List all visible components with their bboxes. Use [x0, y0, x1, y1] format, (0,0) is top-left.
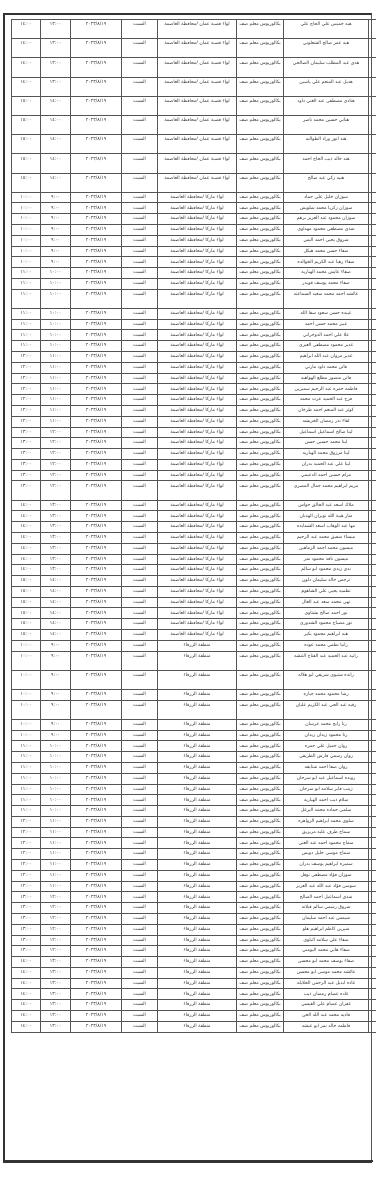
specialization-cell: بكالوريوس معلم صف — [237, 135, 284, 154]
time-from-cell: ١٢:٠٠ — [41, 924, 71, 935]
table-row: ٨٤١سوزان زكريا محمد شلويشبكالوريوس معلم … — [12, 203, 376, 214]
exam-date-cell: ٢٠٢٣/٨/١٩ — [71, 58, 122, 77]
time-from-cell: ١٢:٠٠ — [41, 427, 71, 438]
row-number-cell: ٨٦١ — [369, 427, 376, 438]
row-number-cell: ٨٦٨ — [369, 511, 376, 522]
table-row: ٨٣٥هنادي مصطفى عبد الغني داودبكالوريوس م… — [12, 96, 376, 115]
exam-date-cell: ٢٠٢٣/٨/١٩ — [71, 522, 122, 533]
exam-day-cell: السبت — [122, 670, 158, 689]
table-row: ٨٣٤هديل عبد المنعم علي ياسينبكالوريوس مع… — [12, 77, 376, 96]
time-to-cell: ١٤:٠٠ — [12, 565, 41, 576]
time-from-cell: ١٢:٠٠ — [41, 438, 71, 449]
exam-location-cell: منطقة الزرقاء — [158, 924, 237, 935]
exam-location-cell: لواء ماركا /محافظة العاصمة — [158, 268, 237, 279]
time-from-cell: ٩:٠٠ — [41, 719, 71, 730]
row-number-cell: ٨٦٣ — [369, 449, 376, 460]
time-to-cell: ١٤:٠٠ — [12, 543, 41, 554]
specialization-cell: بكالوريوس معلم صف — [237, 470, 284, 481]
table-row: ٨٦٢لينا محمد حسين حسنبكالوريوس معلم صفلو… — [12, 438, 376, 449]
specialization-cell: بكالوريوس معلم صف — [237, 289, 284, 308]
exam-day-cell: السبت — [122, 438, 158, 449]
row-number-cell: ٨٣٨ — [369, 154, 376, 173]
applicant-name-cell: مريم ابراهيم محمد جمال المصري — [284, 481, 369, 500]
exam-date-cell: ٢٠٢٣/٨/١٩ — [71, 470, 122, 481]
exam-location-cell: منطقة الزرقاء — [158, 795, 237, 806]
exam-day-cell: السبت — [122, 784, 158, 795]
time-from-cell: ٩:٠٠ — [41, 700, 71, 719]
exam-location-cell: منطقة الزرقاء — [158, 849, 237, 860]
time-to-cell: ١٥:٠٠ — [12, 135, 41, 154]
time-from-cell: ١٤:٠٠ — [41, 619, 71, 630]
time-to-cell: ١٢:٠٠ — [12, 395, 41, 406]
table-row: ٨٧١ميسون محمد احمد الزماهينبكالوريوس معل… — [12, 543, 376, 554]
specialization-cell: بكالوريوس معلم صف — [237, 405, 284, 416]
exam-date-cell: ٢٠٢٣/٨/١٩ — [71, 554, 122, 565]
exam-day-cell: السبت — [122, 225, 158, 236]
row-number-cell: ٨٣٥ — [369, 96, 376, 115]
specialization-cell: بكالوريوس معلم صف — [237, 278, 284, 289]
row-number-cell: ٨٩٢ — [369, 795, 376, 806]
exam-day-cell: السبت — [122, 308, 158, 319]
time-to-cell: ١٥:٠٠ — [12, 586, 41, 597]
time-from-cell: ٩:٠٠ — [41, 235, 71, 246]
specialization-cell: بكالوريوس معلم صف — [237, 892, 284, 903]
applicant-name-cell: ميسون محمد احمد الزماهين — [284, 543, 369, 554]
applicant-name-cell: صفاء حسن محمد هيكل — [284, 246, 369, 257]
table-row: ٨٥٧فاطمه حمزه عبد الرحيم سميرينبكالوريوس… — [12, 384, 376, 395]
row-number-cell: ٨٨٦ — [369, 730, 376, 741]
exam-date-cell: ٢٠٢٣/٨/١٩ — [71, 978, 122, 989]
exam-day-cell: السبت — [122, 373, 158, 384]
time-from-cell: ١١:٠٠ — [41, 352, 71, 363]
time-to-cell: ١٠:٠٠ — [12, 700, 41, 719]
time-from-cell: ١٢:٠٠ — [41, 459, 71, 470]
exam-date-cell: ٢٠٢٣/٨/١٩ — [71, 849, 122, 860]
time-to-cell: ١١:٠٠ — [12, 752, 41, 763]
row-number-cell: ٨٣١ — [369, 20, 376, 39]
applicant-name-cell: سميره ابراهيم يوسف بدران — [284, 860, 369, 871]
table-row: ٨٥٢علا علي احمد الدوخرانيبكالوريوس معلم … — [12, 330, 376, 341]
time-to-cell: ١٠:٠٠ — [12, 225, 41, 236]
exam-location-cell: منطقة الزرقاء — [158, 763, 237, 774]
time-to-cell: ١٤:٠٠ — [12, 1000, 41, 1011]
exam-date-cell: ٢٠٢٣/٨/١٩ — [71, 700, 122, 719]
specialization-cell: بكالوريوس معلم صف — [237, 511, 284, 522]
exam-day-cell: السبت — [122, 543, 158, 554]
row-number-cell: ٩٠٧ — [369, 957, 376, 968]
row-number-cell: ٨٧٧ — [369, 608, 376, 619]
specialization-cell: بكالوريوس معلم صف — [237, 924, 284, 935]
exam-location-cell: لواء ماركا /محافظة العاصمة — [158, 192, 237, 203]
row-number-cell: ٩٠٠ — [369, 881, 376, 892]
exam-day-cell: السبت — [122, 967, 158, 978]
exam-location-cell: لواء ماركا /محافظة العاصمة — [158, 449, 237, 460]
specialization-cell: بكالوريوس معلم صف — [237, 989, 284, 1000]
specialization-cell: بكالوريوس معلم صف — [237, 913, 284, 924]
exam-location-cell: لواء ماركا /محافظة العاصمة — [158, 352, 237, 363]
row-number-cell: ٩١٢ — [369, 1010, 376, 1021]
time-from-cell: ١٣:٠٠ — [41, 978, 71, 989]
exam-day-cell: السبت — [122, 719, 158, 730]
table-row: ٨٤٢سوزان محمود عبد العزيز برهمبكالوريوس … — [12, 214, 376, 225]
specialization-cell: بكالوريوس معلم صف — [237, 881, 284, 892]
exam-date-cell: ٢٠٢٣/٨/١٩ — [71, 1000, 122, 1011]
exam-location-cell: منطقة الزرقاء — [158, 903, 237, 914]
exam-location-cell: لواء قصبة عمان /محافظة العاصمة — [158, 77, 237, 96]
applicant-name-cell: سلوى محمد ابراهيم الزواهره — [284, 816, 369, 827]
specialization-cell: بكالوريوس معلم صف — [237, 203, 284, 214]
row-number-cell: ٨٥٧ — [369, 384, 376, 395]
table-row: ٨٩٨سميره ابراهيم يوسف بدرانبكالوريوس معل… — [12, 860, 376, 871]
exam-day-cell: السبت — [122, 427, 158, 438]
table-row: ٨٧٧نور احمد صالح بشتاويبكالوريوس معلم صف… — [12, 608, 376, 619]
time-to-cell: ١٠:٠٠ — [12, 235, 41, 246]
exam-day-cell: السبت — [122, 278, 158, 289]
time-to-cell: ١٤:٠٠ — [12, 58, 41, 77]
exam-day-cell: السبت — [122, 395, 158, 406]
exam-date-cell: ٢٠٢٣/٨/١٩ — [71, 586, 122, 597]
time-to-cell: ١١:٠٠ — [12, 741, 41, 752]
exam-day-cell: السبت — [122, 795, 158, 806]
specialization-cell: بكالوريوس معلم صف — [237, 268, 284, 279]
exam-day-cell: السبت — [122, 384, 158, 395]
time-from-cell: ١٤:٠٠ — [41, 629, 71, 640]
table-row: ٨٥٨فرح عبد الحميد عزت محمدبكالوريوس معلم… — [12, 395, 376, 406]
time-to-cell: ١٢:٠٠ — [12, 827, 41, 838]
specialization-cell: بكالوريوس معلم صف — [237, 978, 284, 989]
exam-day-cell: السبت — [122, 576, 158, 587]
specialization-cell: بكالوريوس معلم صف — [237, 115, 284, 134]
exam-day-cell: السبت — [122, 870, 158, 881]
exam-date-cell: ٢٠٢٣/٨/١٩ — [71, 806, 122, 817]
exam-date-cell: ٢٠٢٣/٨/١٩ — [71, 576, 122, 587]
applicant-name-cell: هند انور وراد الطوالبه — [284, 135, 369, 154]
time-from-cell: ١٣:٠٠ — [41, 522, 71, 533]
specialization-cell: بكالوريوس معلم صف — [237, 640, 284, 651]
time-from-cell: ١٤:٠٠ — [41, 135, 71, 154]
exam-date-cell: ٢٠٢٣/٨/١٩ — [71, 597, 122, 608]
exam-date-cell: ٢٠٢٣/٨/١٩ — [71, 135, 122, 154]
table-row: ٨٧٨نور مصباح محمود الشدوريبكالوريوس معلم… — [12, 619, 376, 630]
time-to-cell: ١١:٠٠ — [12, 330, 41, 341]
table-row: ٨٦٣لينا مرزوق محمد الهباربهبكالوريوس معل… — [12, 449, 376, 460]
time-from-cell: ١٣:٠٠ — [41, 967, 71, 978]
time-to-cell: ١٣:٠٠ — [12, 935, 41, 946]
time-from-cell: ١٣:٠٠ — [41, 532, 71, 543]
exam-location-cell: لواء ماركا /محافظة العاصمة — [158, 629, 237, 640]
exam-date-cell: ٢٠٢٣/٨/١٩ — [71, 730, 122, 741]
exam-date-cell: ٢٠٢٣/٨/١٩ — [71, 752, 122, 763]
applicant-name-cell: غدير محمود مصطفى الغيري — [284, 341, 369, 352]
applicant-name-cell: نرجس خالد سليمان دلون — [284, 576, 369, 587]
specialization-cell: بكالوريوس معلم صف — [237, 629, 284, 640]
exam-day-cell: السبت — [122, 752, 158, 763]
exam-location-cell: منطقة الزرقاء — [158, 935, 237, 946]
exam-date-cell: ٢٠٢٣/٨/١٩ — [71, 384, 122, 395]
exam-date-cell: ٢٠٢٣/٨/١٩ — [71, 860, 122, 871]
row-number-cell: ٨٩٨ — [369, 860, 376, 871]
exam-location-cell: منطقة الزرقاء — [158, 827, 237, 838]
specialization-cell: بكالوريوس معلم صف — [237, 522, 284, 533]
applicant-name-cell: هبه ابراهيم محمود بكير — [284, 629, 369, 640]
row-number-cell: ٨٥٠ — [369, 308, 376, 319]
row-number-cell: ٨٣٧ — [369, 135, 376, 154]
table-row: ٨٤٣شذى مصطفى محمود مهداويبكالوريوس معلم … — [12, 225, 376, 236]
exam-day-cell: السبت — [122, 554, 158, 565]
applicant-name-cell: شروق رسمي سالم قبلانه — [284, 903, 369, 914]
time-from-cell: ٩:٠٠ — [41, 730, 71, 741]
time-from-cell: ١٤:٠٠ — [41, 173, 71, 192]
time-to-cell: ١٣:٠٠ — [12, 903, 41, 914]
row-number-cell: ٨٨٨ — [369, 752, 376, 763]
table-row: ٩٠٩غاده ابديل عبد الرحمن الخلايلهبكالوري… — [12, 978, 376, 989]
row-number-cell: ٨٤٩ — [369, 289, 376, 308]
applicant-name-cell: لينا محمد حسين حسن — [284, 438, 369, 449]
exam-day-cell: السبت — [122, 700, 158, 719]
table-row: ٩٠٥صفاء علي سلامه البلويبكالوريوس معلم ص… — [12, 935, 376, 946]
specialization-cell: بكالوريوس معلم صف — [237, 608, 284, 619]
specialization-cell: بكالوريوس معلم صف — [237, 362, 284, 373]
time-from-cell: ١٣:٠٠ — [41, 20, 71, 39]
applicant-name-cell: صفاء هاني محمد اليومني — [284, 946, 369, 957]
applicant-name-cell: لقاء نذر رمضان الخريشه — [284, 416, 369, 427]
specialization-cell: بكالوريوس معلم صف — [237, 1000, 284, 1011]
time-from-cell: ١٤:٠٠ — [41, 608, 71, 619]
applicant-name-cell: لينا صالح اسماعيل اسماعيل — [284, 427, 369, 438]
table-row: ٨٥٣غدير محمود مصطفى الغيريبكالوريوس معلم… — [12, 341, 376, 352]
applicant-name-cell: سوسن فؤاد عبد الله عبد العزيز — [284, 881, 369, 892]
exam-date-cell: ٢٠٢٣/٨/١٩ — [71, 341, 122, 352]
exam-day-cell: السبت — [122, 449, 158, 460]
specialization-cell: بكالوريوس معلم صف — [237, 257, 284, 268]
row-number-cell: ٨٧١ — [369, 543, 376, 554]
applicant-name-cell: فرح عبد الحميد عزت محمد — [284, 395, 369, 406]
table-row: ٨٩٧سماح موسى خليل دويسبكالوريوس معلم صفم… — [12, 849, 376, 860]
row-number-cell: ٨٧٨ — [369, 619, 376, 630]
exam-day-cell: السبت — [122, 597, 158, 608]
exam-location-cell: منطقة الزرقاء — [158, 670, 237, 689]
applicant-name-cell: هديل عبد المنعم علي ياسين — [284, 77, 369, 96]
table-row: ٨٩٢سلام ذيب احمد الهباربهبكالوريوس معلم … — [12, 795, 376, 806]
time-from-cell: ١٠:٠٠ — [41, 330, 71, 341]
exam-day-cell: السبت — [122, 892, 158, 903]
time-from-cell: ١١:٠٠ — [41, 870, 71, 881]
time-from-cell: ١١:٠٠ — [41, 405, 71, 416]
time-to-cell: ١٤:٠٠ — [12, 1010, 41, 1021]
specialization-cell: بكالوريوس معلم صف — [237, 1010, 284, 1021]
exam-location-cell: لواء ماركا /محافظة العاصمة — [158, 459, 237, 470]
exam-day-cell: السبت — [122, 903, 158, 914]
exam-date-cell: ٢٠٢٣/٨/١٩ — [71, 214, 122, 225]
applicant-name-cell: هند خالد ذيب الحاج احمد — [284, 154, 369, 173]
exam-location-cell: لواء قصبة عمان /محافظة العاصمة — [158, 58, 237, 77]
time-from-cell: ١١:٠٠ — [41, 395, 71, 406]
exam-location-cell: منطقة الزرقاء — [158, 730, 237, 741]
exam-day-cell: السبت — [122, 619, 158, 630]
exam-day-cell: السبت — [122, 319, 158, 330]
exam-day-cell: السبت — [122, 20, 158, 39]
exam-day-cell: السبت — [122, 763, 158, 774]
exam-day-cell: السبت — [122, 689, 158, 700]
exam-location-cell: لواء ماركا /محافظة العاصمة — [158, 481, 237, 500]
time-to-cell: ١٢:٠٠ — [12, 881, 41, 892]
exam-day-cell: السبت — [122, 1000, 158, 1011]
time-to-cell: ١٥:٠٠ — [12, 619, 41, 630]
specialization-cell: بكالوريوس معلم صف — [237, 554, 284, 565]
exam-location-cell: لواء ماركا /محافظة العاصمة — [158, 543, 237, 554]
time-to-cell: ١٢:٠٠ — [12, 384, 41, 395]
time-to-cell: ١٤:٠٠ — [12, 1021, 41, 1032]
time-from-cell: ١٣:٠٠ — [41, 39, 71, 58]
exam-location-cell: لواء ماركا /محافظة العاصمة — [158, 532, 237, 543]
time-to-cell: ١٤:٠٠ — [12, 522, 41, 533]
applicant-name-cell: عبيده حسن سعود سفا الله — [284, 308, 369, 319]
applicant-name-cell: فاتن منصور مطلع الهواهيه — [284, 373, 369, 384]
table-row: ٨٣٣هدى عبد المطلب سليمان الصالحيبكالوريو… — [12, 58, 376, 77]
time-from-cell: ١٢:٠٠ — [41, 903, 71, 914]
row-number-cell: ٨٦٤ — [369, 459, 376, 470]
time-from-cell: ١٠:٠٠ — [41, 806, 71, 817]
applicant-name-cell: رنا رابح محمد عرسان — [284, 719, 369, 730]
exam-day-cell: السبت — [122, 532, 158, 543]
row-number-cell: ٨٨٣ — [369, 689, 376, 700]
exam-location-cell: لواء ماركا /محافظة العاصمة — [158, 427, 237, 438]
exam-date-cell: ٢٠٢٣/٨/١٩ — [71, 481, 122, 500]
exam-date-cell: ٢٠٢٣/٨/١٩ — [71, 773, 122, 784]
exam-location-cell: لواء ماركا /محافظة العاصمة — [158, 235, 237, 246]
exam-location-cell: منطقة الزرقاء — [158, 892, 237, 903]
applicant-name-cell: سماح محمود احمد عبد الغني — [284, 838, 369, 849]
row-number-cell: ٨٤٦ — [369, 257, 376, 268]
time-to-cell: ١٣:٠٠ — [12, 946, 41, 957]
specialization-cell: بكالوريوس معلم صف — [237, 860, 284, 871]
exam-location-cell: لواء ماركا /محافظة العاصمة — [158, 214, 237, 225]
table-row: ٨٥٩كوثر عبد المنعم احمد طرخانبكالوريوس م… — [12, 405, 376, 416]
time-to-cell: ١٣:٠٠ — [12, 427, 41, 438]
time-to-cell: ١٤:٠٠ — [12, 554, 41, 565]
exam-location-cell: منطقة الزرقاء — [158, 741, 237, 752]
table-row: ٨٦٤لينا علي عبد الحميد بدرانبكالوريوس مع… — [12, 459, 376, 470]
time-to-cell: ١٤:٠٠ — [12, 978, 41, 989]
specialization-cell: بكالوريوس معلم صف — [237, 341, 284, 352]
row-number-cell: ٨٧٦ — [369, 597, 376, 608]
exam-location-cell: منطقة الزرقاء — [158, 1010, 237, 1021]
time-from-cell: ١٠:٠٠ — [41, 741, 71, 752]
table-row: ٩٠٣شيمس عبد احمد سليمانبكالوريوس معلم صف… — [12, 913, 376, 924]
exam-location-cell: منطقة الزرقاء — [158, 957, 237, 968]
row-number-cell: ٨٦٦ — [369, 481, 376, 500]
exam-date-cell: ٢٠٢٣/٨/١٩ — [71, 1010, 122, 1021]
exam-day-cell: السبت — [122, 173, 158, 192]
exam-day-cell: السبت — [122, 838, 158, 849]
exam-location-cell: منطقة الزرقاء — [158, 816, 237, 827]
exam-day-cell: السبت — [122, 214, 158, 225]
time-to-cell: ١٣:٠٠ — [12, 892, 41, 903]
exam-location-cell: منطقة الزرقاء — [158, 860, 237, 871]
table-row: ٩١٠غاده عصام رمضان ذيببكالوريوس معلم صفم… — [12, 989, 376, 1000]
exam-location-cell: لواء ماركا /محافظة العاصمة — [158, 500, 237, 511]
exam-location-cell: منطقة الزرقاء — [158, 640, 237, 651]
row-number-cell: ٨٣٢ — [369, 39, 376, 58]
applicant-name-cell: هبه عمر صالح الشعلوني — [284, 39, 369, 58]
time-to-cell: ١٤:٠٠ — [12, 77, 41, 96]
exam-date-cell: ٢٠٢٣/٨/١٩ — [71, 257, 122, 268]
table-row: ٨٦٦مريم ابراهيم محمد جمال المصريبكالوريو… — [12, 481, 376, 500]
table-row: ٨٩١زينب فايز سلامه ابو سرحانبكالوريوس مع… — [12, 784, 376, 795]
exam-location-cell: منطقة الزرقاء — [158, 881, 237, 892]
specialization-cell: بكالوريوس معلم صف — [237, 330, 284, 341]
time-to-cell: ١٠:٠٠ — [12, 640, 41, 651]
time-from-cell: ١١:٠٠ — [41, 827, 71, 838]
exam-location-cell: لواء قصبة عمان /محافظة العاصمة — [158, 20, 237, 39]
table-row: ٨٤٠سوزان خليل علي حمادبكالوريوس معلم صفل… — [12, 192, 376, 203]
table-row: ٩٠٧صفاء يوسف محمد ابو محسنبكالوريوس معلم… — [12, 957, 376, 968]
applicant-name-cell: عائشه احمد محمد سعيد السماعنه — [284, 289, 369, 308]
exam-date-cell: ٢٠٢٣/٨/١٩ — [71, 362, 122, 373]
applicant-name-cell: كوثر عبد المنعم احمد طرخان — [284, 405, 369, 416]
table-row: ٨٥٥فاتن محمد داود مارتيبكالوريوس معلم صف… — [12, 362, 376, 373]
exam-date-cell: ٢٠٢٣/٨/١٩ — [71, 741, 122, 752]
row-number-cell: ٨٦٠ — [369, 416, 376, 427]
table-row: ٨٤٨صفاء محمد يوسف قويدربكالوريوس معلم صف… — [12, 278, 376, 289]
table-row: ٨٩٣سلمى حماده محمد البرغلبكالوريوس معلم … — [12, 806, 376, 817]
exam-date-cell: ٢٠٢٣/٨/١٩ — [71, 373, 122, 384]
time-to-cell: ١٤:٠٠ — [12, 532, 41, 543]
time-from-cell: ١٤:٠٠ — [41, 115, 71, 134]
table-row: ٩٠٠سوسن فؤاد عبد الله عبد العزيزبكالوريو… — [12, 881, 376, 892]
time-from-cell: ١٣:٠٠ — [41, 1010, 71, 1021]
specialization-cell: بكالوريوس معلم صف — [237, 58, 284, 77]
row-number-cell: ٨٤٢ — [369, 214, 376, 225]
exam-location-cell: منطقة الزرقاء — [158, 946, 237, 957]
exam-location-cell: لواء ماركا /محافظة العاصمة — [158, 373, 237, 384]
exam-location-cell: لواء ماركا /محافظة العاصمة — [158, 511, 237, 522]
exam-day-cell: السبت — [122, 586, 158, 597]
time-to-cell: ١٥:٠٠ — [12, 608, 41, 619]
table-row: ٨٧٠ميساء شفيق محمد عبد الرحيمبكالوريوس م… — [12, 532, 376, 543]
applicant-name-cell: ملاك اسعد عبد الخالق حواس — [284, 500, 369, 511]
time-from-cell: ١٠:٠٠ — [41, 289, 71, 308]
table-row: ٨٥٤غدير مروان عبد الله ابراهيمبكالوريوس … — [12, 352, 376, 363]
specialization-cell: بكالوريوس معلم صف — [237, 741, 284, 752]
exam-date-cell: ٢٠٢٣/٨/١٩ — [71, 608, 122, 619]
table-row: ٨٦٥مرام حسين احمد الدعيميبكالوريوس معلم … — [12, 470, 376, 481]
applicant-name-cell: علا علي احمد الدوخراني — [284, 330, 369, 341]
row-number-cell: ٨٧٤ — [369, 576, 376, 587]
time-from-cell: ١٣:٠٠ — [41, 989, 71, 1000]
time-from-cell: ١٤:٠٠ — [41, 154, 71, 173]
exam-location-cell: منطقة الزرقاء — [158, 989, 237, 1000]
time-to-cell: ١٤:٠٠ — [12, 989, 41, 1000]
specialization-cell: بكالوريوس معلم صف — [237, 543, 284, 554]
exam-location-cell: منطقة الزرقاء — [158, 838, 237, 849]
row-number-cell: ٨٤١ — [369, 203, 376, 214]
specialization-cell: بكالوريوس معلم صف — [237, 373, 284, 384]
exam-location-cell: منطقة الزرقاء — [158, 967, 237, 978]
exam-day-cell: السبت — [122, 989, 158, 1000]
row-number-cell: ٨٨٧ — [369, 741, 376, 752]
exam-day-cell: السبت — [122, 860, 158, 871]
exam-date-cell: ٢٠٢٣/٨/١٩ — [71, 903, 122, 914]
time-to-cell: ١٢:٠٠ — [12, 816, 41, 827]
exam-location-cell: لواء ماركا /محافظة العاصمة — [158, 586, 237, 597]
exam-location-cell: لواء ماركا /محافظة العاصمة — [158, 576, 237, 587]
exam-day-cell: السبت — [122, 192, 158, 203]
exam-date-cell: ٢٠٢٣/٨/١٩ — [71, 278, 122, 289]
row-number-cell: ٨٥٤ — [369, 352, 376, 363]
exam-date-cell: ٢٠٢٣/٨/١٩ — [71, 308, 122, 319]
time-from-cell: ١٠:٠٠ — [41, 278, 71, 289]
